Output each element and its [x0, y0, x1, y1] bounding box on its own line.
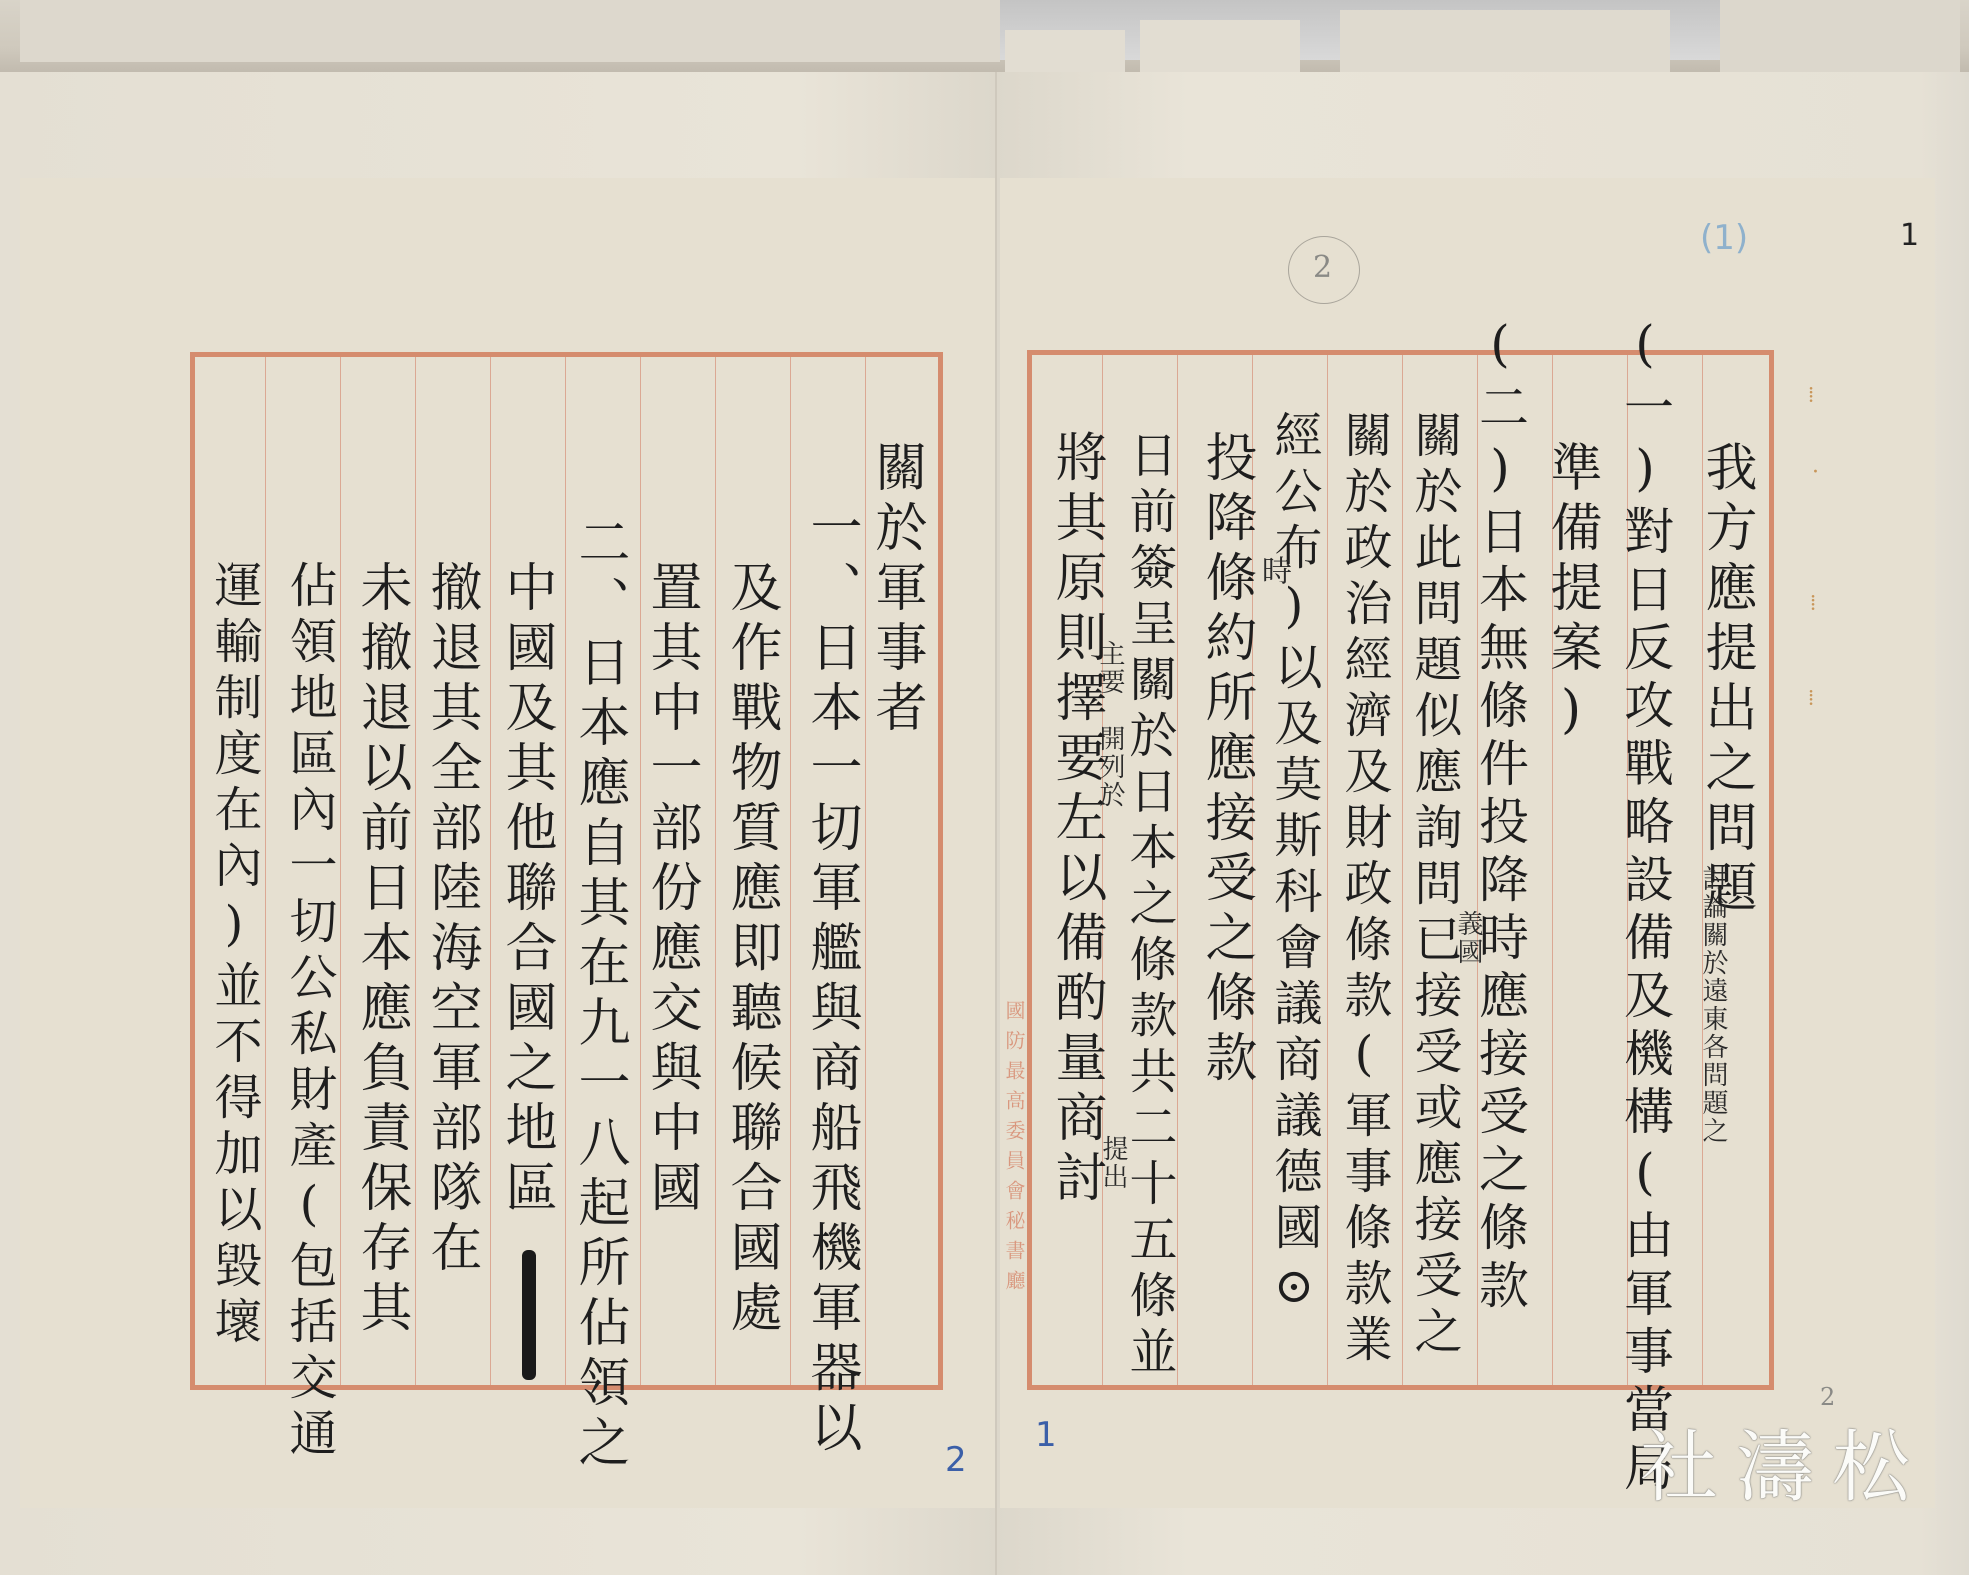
binding-mark: ⁞	[1808, 685, 1814, 711]
right-col-5: 關於此問題似應詢問已接受或應接受之	[1410, 410, 1458, 1362]
annotation-far-east-discussion: 討論關於遠東各問題之	[1700, 865, 1726, 1145]
binding-mark: ⁞	[1808, 382, 1814, 408]
right-col-6: 關於政治經濟及財政條款(軍事條款業	[1340, 410, 1388, 1370]
left-col-6: 中國及其他聯合國之地區	[500, 560, 552, 1220]
left-col-2: 一、日本一切軍艦與商船飛機軍器以	[805, 500, 857, 1460]
right-col-9: 日前簽呈關於日本之條款共二十五條並	[1125, 430, 1173, 1382]
page-number-ink-top: 1	[1900, 218, 1919, 253]
binding-mark: ⁞	[1810, 590, 1816, 616]
left-col-3: 及作戰物質應即聽候聯合國處	[725, 560, 777, 1340]
page-number-blue-bottom-left: 2	[945, 1440, 967, 1480]
right-col-1-heading: 我方應提出之問題	[1700, 440, 1752, 920]
right-col-10: 將其原則擇要左以備酌量商討	[1050, 430, 1102, 1210]
right-col-3: 準備提案)	[1545, 440, 1597, 748]
annotation-propose: 提出	[1100, 1135, 1126, 1191]
right-col-8: 投降條約所應接受之條款	[1200, 430, 1252, 1090]
watermark: 社濤松	[1640, 1405, 1928, 1517]
left-col-5: 二、日本應自其在九一八起所佔領之	[573, 515, 625, 1475]
gutter-seal-text: 國防最高委員會秘書廳	[1000, 1000, 1029, 1300]
ink-strikethrough	[522, 1250, 536, 1380]
annotation-time: 時	[1258, 555, 1288, 587]
binding-mark: ·	[1812, 460, 1819, 485]
torn-paper-top-edge	[0, 0, 1969, 80]
left-col-1-heading: 關於軍事者	[870, 440, 922, 740]
page-number-blue-bottom-right: 1	[1035, 1415, 1057, 1455]
left-col-9: 佔領地區內一切公私財產(包括交通	[285, 560, 333, 1464]
right-col-7: 經公布)以及莫斯科會議商議德國⊙	[1270, 410, 1318, 1322]
annotation-listed-in: 開列於	[1097, 725, 1123, 809]
left-col-10: 運輸制度在內)並不得加以毀壞	[210, 560, 258, 1352]
annotation-main: 主要	[1097, 640, 1123, 696]
page-number-blue-top: (1)	[1700, 218, 1748, 258]
right-col-2: (一)對日反攻戰略設備及機構(由軍事當局	[1620, 315, 1670, 1499]
left-col-8: 未撤退以前日本應負責保存其	[355, 560, 407, 1340]
annotation-italy: 義國	[1455, 910, 1481, 966]
left-col-4: 置其中一部份應交與中國	[645, 560, 697, 1220]
right-col-4: (二)日本無條件投降時應接受之條款	[1475, 315, 1525, 1317]
page-number-pencil-circled: 2	[1313, 250, 1332, 285]
left-col-7: 撤退其全部陸海空軍部隊在	[425, 560, 477, 1280]
book-gutter	[995, 72, 997, 1575]
